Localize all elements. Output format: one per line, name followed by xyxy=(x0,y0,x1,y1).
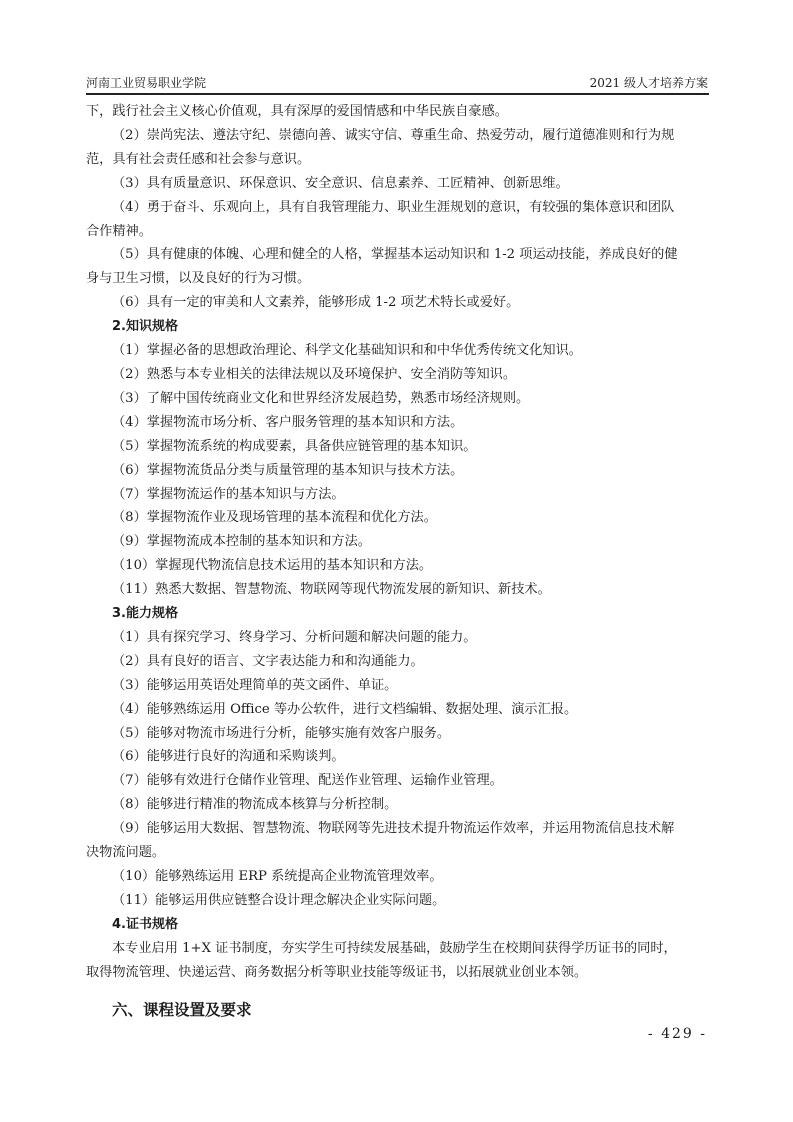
header-doc-title: 2021 级人才培养方案 xyxy=(590,74,708,91)
ability-item: （8）能够进行精准的物流成本核算与分析控制。 xyxy=(86,793,708,817)
ability-item: （2）具有良好的语言、文字表达能力和和沟通能力。 xyxy=(86,650,708,674)
knowledge-item: （11）熟悉大数据、智慧物流、物联网等现代物流发展的新知识、新技术。 xyxy=(86,578,708,602)
ability-item: （7）能够有效进行仓储作业管理、配送作业管理、运输作业管理。 xyxy=(86,769,708,793)
knowledge-item: （10）掌握现代物流信息技术运用的基本知识和方法。 xyxy=(86,554,708,578)
page-header: 河南工业贸易职业学院 2021 级人才培养方案 xyxy=(86,74,708,92)
ability-item: （10）能够熟练运用 ERP 系统提高企业物流管理效率。 xyxy=(86,865,708,889)
quality-item-3: （3）具有质量意识、环保意识、安全意识、信息素养、工匠精神、创新思维。 xyxy=(86,172,708,196)
ability-item: （4）能够熟练运用 Office 等办公软件，进行文档编辑、数据处理、演示汇报。 xyxy=(86,698,708,722)
knowledge-item: （3）了解中国传统商业文化和世界经济发展趋势，熟悉市场经济规则。 xyxy=(86,387,708,411)
certificate-heading: 4.证书规格 xyxy=(86,913,708,937)
quality-item-4-line2: 合作精神。 xyxy=(86,220,708,244)
quality-item-4-line1: （4）勇于奋斗、乐观向上，具有自我管理能力、职业生涯规划的意识，有较强的集体意识… xyxy=(86,196,708,220)
quality-item-5-line2: 身与卫生习惯，以及良好的行为习惯。 xyxy=(86,267,708,291)
knowledge-item: （7）掌握物流运作的基本知识与方法。 xyxy=(86,483,708,507)
knowledge-item: （2）熟悉与本专业相关的法律法规以及环境保护、安全消防等知识。 xyxy=(86,363,708,387)
page-content: 下，践行社会主义核心价值观，具有深厚的爱国情感和中华民族自豪感。 （2）崇尚宪法… xyxy=(86,100,708,1023)
ability-item: （6）能够进行良好的沟通和采购谈判。 xyxy=(86,745,708,769)
knowledge-item: （9）掌握物流成本控制的基本知识和方法。 xyxy=(86,530,708,554)
knowledge-item: （6）掌握物流货品分类与质量管理的基本知识与技术方法。 xyxy=(86,459,708,483)
knowledge-item: （8）掌握物流作业及现场管理的基本流程和优化方法。 xyxy=(86,506,708,530)
knowledge-heading: 2.知识规格 xyxy=(86,315,708,339)
quality-item-6: （6）具有一定的审美和人文素养，能够形成 1-2 项艺术特长或爱好。 xyxy=(86,291,708,315)
knowledge-item: （4）掌握物流市场分析、客户服务管理的基本知识和方法。 xyxy=(86,411,708,435)
certificate-line2: 取得物流管理、快递运营、商务数据分析等职业技能等级证书，以拓展就业创业本领。 xyxy=(86,961,708,985)
certificate-line1: 本专业启用 1+X 证书制度，夯实学生可持续发展基础，鼓励学生在校期间获得学历证… xyxy=(86,937,708,961)
header-rule xyxy=(86,93,709,95)
ability-item: （1）具有探究学习、终身学习、分析问题和解决问题的能力。 xyxy=(86,626,708,650)
quality-item-2-line1: （2）崇尚宪法、遵法守纪、崇德向善、诚实守信、尊重生命、热爱劳动，履行道德准则和… xyxy=(86,124,708,148)
quality-item-5-line1: （5）具有健康的体魄、心理和健全的人格，掌握基本运动知识和 1-2 项运动技能，… xyxy=(86,243,708,267)
ability-heading: 3.能力规格 xyxy=(86,602,708,626)
knowledge-item: （5）掌握物流系统的构成要素，具备供应链管理的基本知识。 xyxy=(86,435,708,459)
ability-item-9-line1: （9）能够运用大数据、智慧物流、物联网等先进技术提升物流运作效率，并运用物流信息… xyxy=(86,817,708,841)
knowledge-item: （1）掌握必备的思想政治理论、科学文化基础知识和和中华优秀传统文化知识。 xyxy=(86,339,708,363)
ability-item: （5）能够对物流市场进行分析，能够实施有效客户服务。 xyxy=(86,722,708,746)
paragraph-continuation: 下，践行社会主义核心价值观，具有深厚的爱国情感和中华民族自豪感。 xyxy=(86,100,708,124)
ability-item: （11）能够运用供应链整合设计理念解决企业实际问题。 xyxy=(86,889,708,913)
header-institution: 河南工业贸易职业学院 xyxy=(86,74,206,91)
section-heading: 六、课程设置及要求 xyxy=(86,997,708,1023)
page-number: - 429 - xyxy=(648,1026,707,1042)
quality-item-2-line2: 范，具有社会责任感和社会参与意识。 xyxy=(86,148,708,172)
ability-item: （3）能够运用英语处理简单的英文函件、单证。 xyxy=(86,674,708,698)
ability-item-9-line2: 决物流问题。 xyxy=(86,841,708,865)
